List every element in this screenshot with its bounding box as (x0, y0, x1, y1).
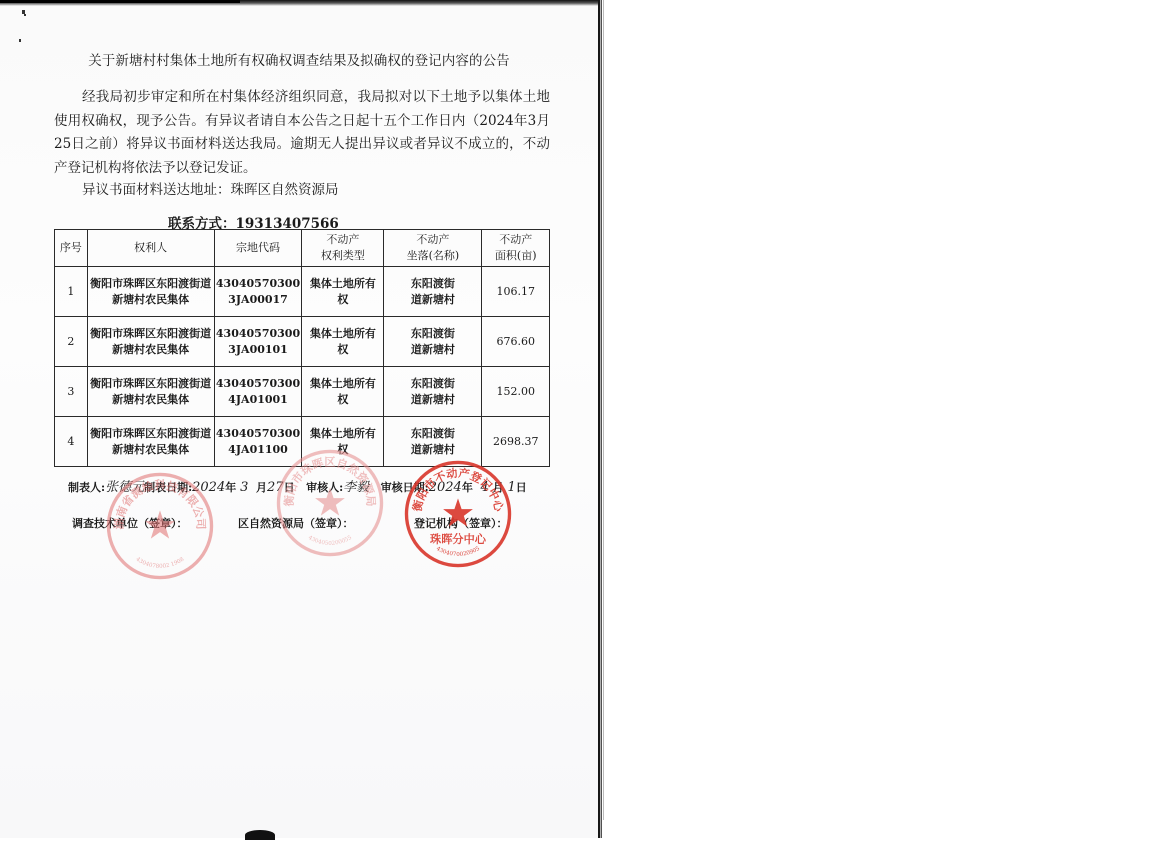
svg-text:4304070020905: 4304070020905 (435, 546, 481, 558)
cell-location: 东阳渡街道新塘村 (384, 317, 482, 367)
survey-unit-stamp: 湖南省测绘科技有限公司4304078002 1908 (104, 470, 216, 582)
announcement-paragraph: 经我局初步审定和所在村集体经济组织同意，我局拟对以下土地予以集体土地使用权确权，… (54, 86, 550, 180)
stamp-subtext: 珠晖分中心 (430, 532, 487, 546)
scan-top-edge-dark (0, 0, 240, 3)
preparer-label: 制表人: (68, 479, 105, 495)
cell-type: 集体土地所有权 (302, 267, 384, 317)
year-char: 年 (225, 479, 236, 495)
cell-no: 3 (55, 367, 88, 417)
registry-stamp: 衡阳市不动产登记中心珠晖分中心4304070020905 (402, 458, 514, 570)
table-body: 1衡阳市珠晖区东阳渡街道新塘村农民集体430405703003JA00017集体… (55, 267, 550, 467)
objection-address: 异议书面材料送达地址：珠晖区自然资源局 (82, 178, 339, 198)
scan-right-edge-line (603, 0, 604, 820)
document-title: 关于新塘村村集体土地所有权确权调查结果及拟确权的登记内容的公告 (0, 49, 598, 69)
table-row: 1衡阳市珠晖区东阳渡街道新塘村农民集体430405703003JA00017集体… (55, 267, 550, 317)
cell-no: 1 (55, 267, 88, 317)
cell-area: 106.17 (482, 267, 550, 317)
address-value: 珠晖区自然资源局 (231, 182, 339, 198)
scanned-page: 关于新塘村村集体土地所有权确权调查结果及拟确权的登记内容的公告 经我局初步审定和… (0, 0, 598, 838)
stamp-code: 4304078002 1908 (135, 556, 186, 570)
cell-code: 430405703003JA00101 (214, 317, 302, 367)
table-header-row: 序号权利人宗地代码不动产 权利类型不动产 坐落(名称)不动产 面积(亩) (55, 230, 550, 267)
cell-code: 430405703004JA01001 (214, 367, 302, 417)
stamp-code: 4304050200055 (307, 535, 353, 547)
month-char: 月 (256, 479, 267, 495)
cell-location: 东阳渡街道新塘村 (384, 367, 482, 417)
cell-code: 430405703003JA00017 (214, 267, 302, 317)
cell-no: 4 (55, 417, 88, 467)
cell-type: 集体土地所有权 (302, 367, 384, 417)
table-header-cell: 不动产 坐落(名称) (384, 230, 482, 267)
table-header-cell: 序号 (55, 230, 88, 267)
cell-owner: 衡阳市珠晖区东阳渡街道新塘村农民集体 (87, 367, 214, 417)
cell-owner: 衡阳市珠晖区东阳渡街道新塘村农民集体 (87, 417, 214, 467)
stamp-code: 4304070020905 (435, 546, 481, 558)
table-header-cell: 权利人 (87, 230, 214, 267)
cell-no: 2 (55, 317, 88, 367)
table-header-cell: 宗地代码 (214, 230, 302, 267)
table-header-cell: 不动产 面积(亩) (482, 230, 550, 267)
svg-text:4304078002 1908: 4304078002 1908 (135, 556, 186, 570)
table-row: 3衡阳市珠晖区东阳渡街道新塘村农民集体430405703004JA01001集体… (55, 367, 550, 417)
scan-speck (19, 39, 21, 42)
table-header-cell: 不动产 权利类型 (302, 230, 384, 267)
cell-owner: 衡阳市珠晖区东阳渡街道新塘村农民集体 (87, 267, 214, 317)
scan-speck (24, 14, 26, 16)
table-row: 2衡阳市珠晖区东阳渡街道新塘村农民集体430405703003JA00101集体… (55, 317, 550, 367)
prep-date-month: 3 (240, 480, 248, 495)
cell-owner: 衡阳市珠晖区东阳渡街道新塘村农民集体 (87, 317, 214, 367)
scan-right-edge (598, 0, 602, 838)
cell-area: 152.00 (482, 367, 550, 417)
svg-text:4304050200055: 4304050200055 (307, 535, 353, 547)
cell-type: 集体土地所有权 (302, 317, 384, 367)
scan-shadow (245, 830, 275, 840)
natural-resources-stamp: 衡阳市珠晖区自然资源局4304050200055 (274, 447, 386, 559)
cell-area: 676.60 (482, 317, 550, 367)
cell-location: 东阳渡街道新塘村 (384, 267, 482, 317)
day-char: 日 (516, 479, 527, 495)
registration-table: 序号权利人宗地代码不动产 权利类型不动产 坐落(名称)不动产 面积(亩) 1衡阳… (54, 229, 550, 467)
address-label: 异议书面材料送达地址： (82, 182, 231, 198)
